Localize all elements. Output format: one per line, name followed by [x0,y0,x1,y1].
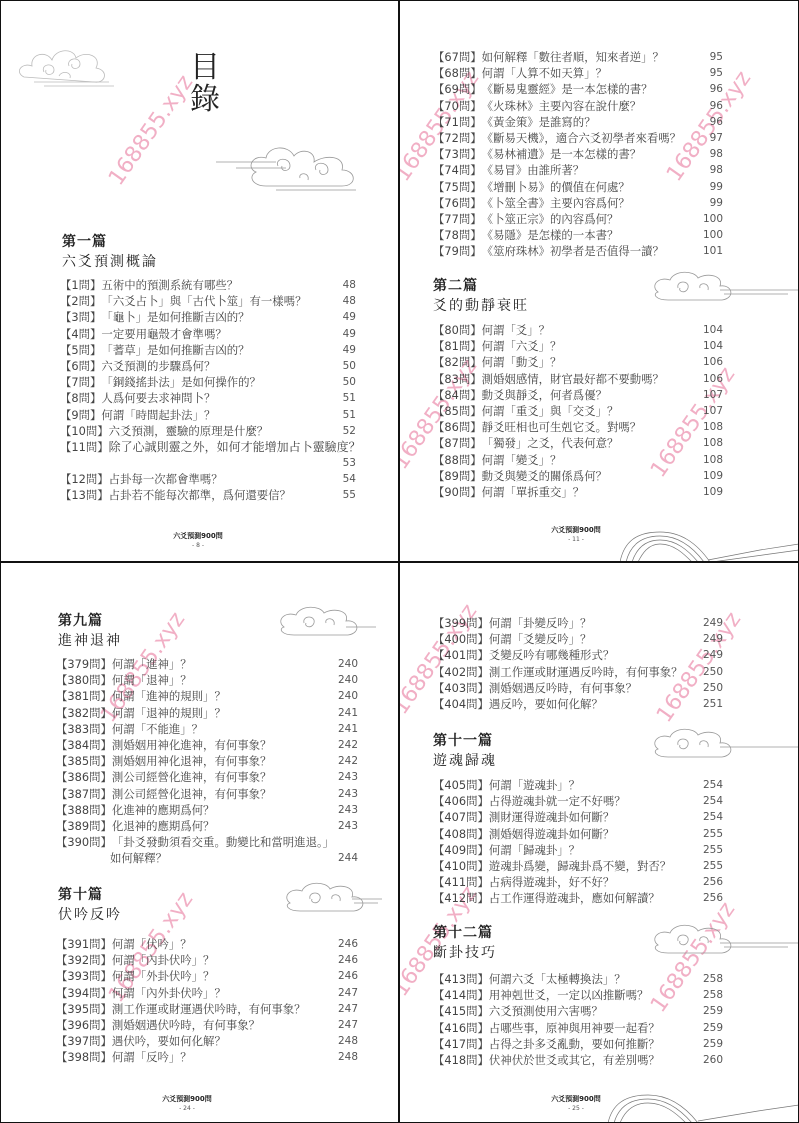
cloud-decoration-icon [276,605,376,641]
page-number: 243 [338,769,358,785]
section-number: 第一篇 [62,232,158,252]
page-number: 247 [338,1001,358,1017]
page-number: 95 [710,49,723,65]
toc-title-char-1: 目 [188,52,222,84]
toc-entry[interactable]: 【80問】何謂「爻」？104 [433,322,723,338]
page-number: 250 [703,680,723,696]
toc-entry[interactable]: 【12問】占卦每一次都會準嗎？54 [60,471,356,487]
toc-entry[interactable]: 【85問】何謂「重爻」與「交爻」？107 [433,403,723,419]
page-number: 55 [343,487,356,503]
toc-entry[interactable]: 【81問】何謂「六爻」？104 [433,338,723,354]
page-number: 241 [338,721,358,737]
page-number: 256 [703,890,723,906]
page-25: 168855.xyz 168855.xyz 168855.xyz 168855.… [400,563,799,1123]
section-name: 六爻預測概論 [62,252,158,272]
toc-entry[interactable]: 【13問】占卦若不能每次都準，爲何還要信？55 [60,487,356,503]
page-number: 98 [710,146,723,162]
page-number: 255 [703,826,723,842]
section-name: 爻的動靜衰旺 [433,296,529,316]
page-number: 243 [338,786,358,802]
toc-entry[interactable]: 【7問】「銅錢搖卦法」是如何操作的？50 [60,374,356,390]
page-number: 254 [703,777,723,793]
page-number: 249 [703,615,723,631]
toc-entry[interactable]: 【395問】測工作運或財運遇伏吟時，有何事象？247 [56,1001,358,1017]
page-number: 255 [703,858,723,874]
page-number: 259 [703,1003,723,1019]
page-number: 52 [343,423,356,439]
toc-entry[interactable]: 【407問】測財運得遊魂卦如何斷？254 [433,809,723,825]
section-heading-11: 第十一篇 遊魂歸魂 [433,731,497,771]
page-number: 98 [710,162,723,178]
section-heading-9: 第九篇 進神退神 [58,611,122,651]
page-number: 254 [703,793,723,809]
page-number: 104 [703,322,723,338]
toc-entry[interactable]: 【418問】伏神伏於世爻或其它，有差別嗎？260 [433,1052,723,1068]
toc-entry[interactable]: 【385問】測婚姻用神化退神，有何事象？242 [56,753,358,769]
toc-entry[interactable]: 【71問】《黃金策》是誰寫的？96 [433,114,723,130]
toc-entry[interactable]: 【388問】化進神的應期爲何？243 [56,802,358,818]
page-number: 50 [343,374,356,390]
toc-entry[interactable]: 【390問】「卦爻發動須看交重。動變比和當明進退。」如何解釋？244 [56,834,358,866]
toc-entry[interactable]: 【67問】如何解釋「數往者順，知來者逆」？95 [433,49,723,65]
toc-entry[interactable]: 【398問】何謂「反吟」？248 [56,1049,358,1065]
toc-entry[interactable]: 【2問】「六爻占卜」與「古代卜筮」有一樣嗎？48 [60,293,356,309]
page-number: 249 [703,647,723,663]
section-name: 遊魂歸魂 [433,751,497,771]
page-number-footer: - 24 - [127,1104,247,1114]
toc-entry[interactable]: 【411問】占病得遊魂卦，好不好？256 [433,874,723,890]
toc-entry[interactable]: 【83問】測婚姻感情，財官最好都不要動嗎？106 [433,371,723,387]
toc-entry[interactable]: 【82問】何謂「動爻」？106 [433,354,723,370]
page-number: 51 [343,390,356,406]
toc-entry[interactable]: 【90問】何謂「單拆重交」？109 [433,484,723,500]
toc-entry[interactable]: 【380問】何謂「退神」？240 [56,672,358,688]
page-number: 96 [710,98,723,114]
page-number: 49 [343,309,356,325]
page-number: 240 [338,672,358,688]
book-title: 六爻預測900問 [127,1095,247,1104]
toc-list: 【399問】何謂「卦變反吟」？249 【400問】何謂「爻變反吟」？249 【4… [433,615,723,712]
page-number: 243 [338,818,358,834]
page-number: 100 [703,227,723,243]
page-number: 108 [703,435,723,451]
section-heading-12: 第十二篇 斷卦技巧 [433,923,497,963]
wave-decoration-icon [608,1093,799,1123]
toc-entry[interactable]: 【413問】何謂六爻「太極轉換法」？258 [433,971,723,987]
toc-entry[interactable]: 【88問】何謂「變爻」？108 [433,452,723,468]
toc-entry[interactable]: 【401問】爻變反吟有哪幾種形式？249 [433,647,723,663]
toc-entry[interactable]: 【386問】測公司經營化進神，有何事象？243 [56,769,358,785]
section-name: 伏吟反吟 [58,905,122,925]
page-number: 250 [703,664,723,680]
toc-list: 【413問】何謂六爻「太極轉換法」？258 【414問】用神剋世爻，一定以凶推斷… [433,971,723,1068]
section-number: 第十二篇 [433,923,497,943]
toc-entry[interactable]: 【408問】測婚姻得遊魂卦如何斷？255 [433,826,723,842]
toc-entry[interactable]: 【397問】遇伏吟，要如何化解？248 [56,1033,358,1049]
toc-entry[interactable]: 【11問】除了心誠則靈之外，如何才能增加占卜靈驗度？53 [60,439,356,471]
page-number-footer: - 8 - [138,541,258,551]
page-number: 247 [338,985,358,1001]
page-number: 256 [703,874,723,890]
page-number: 243 [338,802,358,818]
toc-entry[interactable]: 【394問】何謂「內外卦伏吟」？247 [56,985,358,1001]
cloud-decoration-icon [216,142,376,194]
toc-entry[interactable]: 【381問】何謂「進神的規則」？240 [56,688,358,704]
page-footer: 六爻預測900問 - 24 - [127,1095,247,1114]
toc-list: 【80問】何謂「爻」？104 【81問】何謂「六爻」？104 【82問】何謂「動… [433,322,723,500]
toc-entry[interactable]: 【389問】化退神的應期爲何？243 [56,818,358,834]
cloud-decoration-icon [648,727,799,763]
page-number: 240 [338,656,358,672]
toc-entry[interactable]: 【412問】占工作運得遊魂卦，應如何解讀？256 [433,890,723,906]
page-number: 258 [703,987,723,1003]
toc-entry[interactable]: 【399問】何謂「卦變反吟」？249 [433,615,723,631]
page-number: 258 [703,971,723,987]
page-number: 49 [343,326,356,342]
page-number: 241 [338,705,358,721]
page-number: 260 [703,1052,723,1068]
toc-entry[interactable]: 【379問】何謂「進神」？240 [56,656,358,672]
cloud-decoration-icon [648,919,799,959]
page-number: 109 [703,468,723,484]
section-number: 第二篇 [433,276,529,296]
section-number: 第十篇 [58,885,122,905]
toc-entry[interactable]: 【392問】何謂「內卦伏吟」？246 [56,952,358,968]
page-number-footer: - 11 - [516,535,636,545]
page-number: 53 [343,455,356,471]
toc-entry[interactable]: 【414問】用神剋世爻，一定以凶推斷嗎？258 [433,987,723,1003]
page-number: 99 [710,179,723,195]
section-heading-1: 第一篇 六爻預測概論 [62,232,158,272]
section-number: 第十一篇 [433,731,497,751]
toc-entry[interactable]: 【72問】《斷易天機》，適合六爻初學者來看嗎？97 [433,130,723,146]
page-11: 168855.xyz 168855.xyz 168855.xyz 168855.… [400,0,799,562]
page-number: 50 [343,358,356,374]
page-number: 49 [343,342,356,358]
page-number: 51 [343,407,356,423]
toc-entry[interactable]: 【76問】《卜筮全書》主要內容爲何？99 [433,195,723,211]
toc-entry[interactable]: 【383問】何謂「不能進」？241 [56,721,358,737]
page-8: 目 錄 168855.xyz 第一篇 六爻預測概論 【1問】五術中的預測系統有哪… [0,0,399,562]
toc-entry[interactable]: 【74問】《易冒》由誰所著？98 [433,162,723,178]
toc-entry[interactable]: 【406問】占得遊魂卦就一定不好嗎？254 [433,793,723,809]
toc-entry[interactable]: 【387問】測公司經營化退神，有何事象？243 [56,786,358,802]
toc-list: 【379問】何謂「進神」？240 【380問】何謂「退神」？240 【381問】… [56,656,358,866]
toc-entry[interactable]: 【70問】《火珠林》主要內容在說什麼？96 [433,98,723,114]
toc-entry[interactable]: 【393問】何謂「外卦伏吟」？246 [56,968,358,984]
page-number: 109 [703,484,723,500]
cloud-decoration-icon [648,270,799,306]
page-number: 100 [703,211,723,227]
watermark: 168855.xyz [104,71,198,191]
page-number: 101 [703,243,723,259]
page-number: 104 [703,338,723,354]
toc-entry[interactable]: 【409問】何謂「歸魂卦」？255 [433,842,723,858]
page-number: 97 [710,130,723,146]
page-number: 259 [703,1036,723,1052]
section-name: 斷卦技巧 [433,943,497,963]
page-number: 99 [710,195,723,211]
page-number: 242 [338,737,358,753]
page-number: 48 [343,293,356,309]
toc-entry[interactable]: 【79問】《筮府珠林》初學者是否值得一讀？101 [433,243,723,259]
toc-entry[interactable]: 【77問】《卜筮正宗》的內容爲何？100 [433,211,723,227]
page-number: 255 [703,842,723,858]
toc-entry[interactable]: 【410問】遊魂卦爲變，歸魂卦爲不變，對否？255 [433,858,723,874]
toc-title-char-2: 錄 [188,84,222,116]
page-number: 242 [338,753,358,769]
page-number: 248 [338,1049,358,1065]
toc-entry[interactable]: 【404問】遇反吟，要如何化解？251 [433,696,723,712]
toc-entry[interactable]: 【9問】何謂「時間起卦法」？51 [60,407,356,423]
section-heading-10: 第十篇 伏吟反吟 [58,885,122,925]
toc-entry[interactable]: 【417問】占得之卦多爻亂動，要如何推斷？259 [433,1036,723,1052]
toc-entry[interactable]: 【75問】《增刪卜易》的價值在何處？99 [433,179,723,195]
toc-entry[interactable]: 【10問】六爻預測，靈驗的原理是什麼？52 [60,423,356,439]
page-divider-horizontal [0,561,799,563]
page-number: 240 [338,688,358,704]
cloud-decoration-icon [14,42,114,92]
page-number: 246 [338,952,358,968]
toc-entry[interactable]: 【8問】人爲何要去求神問卜？51 [60,390,356,406]
page-number: 96 [710,114,723,130]
toc-entry[interactable]: 【403問】測婚姻遇反吟時，有何事象？250 [433,680,723,696]
page-number: 254 [703,809,723,825]
toc-entry[interactable]: 【391問】何謂「伏吟」？246 [56,936,358,952]
page-number: 48 [343,277,356,293]
toc-entry[interactable]: 【384問】測婚姻用神化進神，有何事象？242 [56,737,358,753]
page-number: 259 [703,1020,723,1036]
toc-entry[interactable]: 【89問】動爻與變爻的關係爲何？109 [433,468,723,484]
toc-entry[interactable]: 【396問】測婚姻遇伏吟時，有何事象？247 [56,1017,358,1033]
section-name: 進神退神 [58,631,122,651]
page-number: 107 [703,387,723,403]
page-24: 168855.xyz 168855.xyz 第九篇 進神退神 【379問】何謂「… [0,563,399,1123]
toc-list: 【405問】何謂「遊魂卦」？254 【406問】占得遊魂卦就一定不好嗎？254 … [433,777,723,907]
toc-entry[interactable]: 【415問】六爻預測使用六害嗎？259 [433,1003,723,1019]
book-title: 六爻預測900問 [516,526,636,535]
book-title: 六爻預測900問 [138,532,258,541]
page-footer: 六爻預測900問 - 8 - [138,532,258,551]
toc-entry[interactable]: 【87問】「獨發」之爻，代表何意？108 [433,435,723,451]
section-heading-2: 第二篇 爻的動靜衰旺 [433,276,529,316]
page-number: 95 [710,65,723,81]
toc-list: 【67問】如何解釋「數往者順，知來者逆」？95 【68問】何謂「人算不如天算」？… [433,49,723,259]
page-number: 246 [338,968,358,984]
toc-list: 【1問】五術中的預測系統有哪些？48 【2問】「六爻占卜」與「古代卜筮」有一樣嗎… [60,277,356,504]
toc-entry[interactable]: 【84問】動爻與靜爻，何者爲優？107 [433,387,723,403]
page-number: 244 [338,850,358,866]
section-number: 第九篇 [58,611,122,631]
toc-entry[interactable]: 【400問】何謂「爻變反吟」？249 [433,631,723,647]
page-number: 106 [703,371,723,387]
toc-entry[interactable]: 【416問】占哪些事，原神與用神要一起看？259 [433,1020,723,1036]
page-number: 108 [703,452,723,468]
toc-title: 目 錄 [188,52,222,116]
page-number: 249 [703,631,723,647]
toc-entry[interactable]: 【68問】何謂「人算不如天算」？95 [433,65,723,81]
page-number: 251 [703,696,723,712]
toc-entry[interactable]: 【78問】《易隱》是怎樣的一本書？100 [433,227,723,243]
page-number: 106 [703,354,723,370]
toc-entry[interactable]: 【382問】何謂「退神的規則」？241 [56,705,358,721]
toc-entry[interactable]: 【3問】「龜卜」是如何推斷吉凶的？49 [60,309,356,325]
page-number: 108 [703,419,723,435]
toc-entry[interactable]: 【73問】《易林補遺》是一本怎樣的書？98 [433,146,723,162]
toc-entry[interactable]: 【6問】六爻預測的步驟爲何？50 [60,358,356,374]
page-number: 246 [338,936,358,952]
wave-decoration-icon [620,528,799,562]
toc-entry[interactable]: 【4問】一定要用龜殼才會準嗎？49 [60,326,356,342]
page-number: 107 [703,403,723,419]
toc-entry[interactable]: 【86問】靜爻旺相也可生剋它爻。對嗎？108 [433,419,723,435]
cloud-decoration-icon [282,879,382,917]
toc-entry[interactable]: 【405問】何謂「遊魂卦」？254 [433,777,723,793]
page-number: 248 [338,1033,358,1049]
toc-entry[interactable]: 【402問】測工作運或財運遇反吟時，有何事象？250 [433,664,723,680]
toc-entry[interactable]: 【1問】五術中的預測系統有哪些？48 [60,277,356,293]
page-footer: 六爻預測900問 - 11 - [516,526,636,545]
toc-entry[interactable]: 【5問】「蓍草」是如何推斷吉凶的？49 [60,342,356,358]
toc-entry[interactable]: 【69問】《斷易鬼靈經》是一本怎樣的書？96 [433,81,723,97]
page-number: 54 [343,471,356,487]
toc-list: 【391問】何謂「伏吟」？246 【392問】何謂「內卦伏吟」？246 【393… [56,936,358,1066]
page-number: 247 [338,1017,358,1033]
page-number: 96 [710,81,723,97]
